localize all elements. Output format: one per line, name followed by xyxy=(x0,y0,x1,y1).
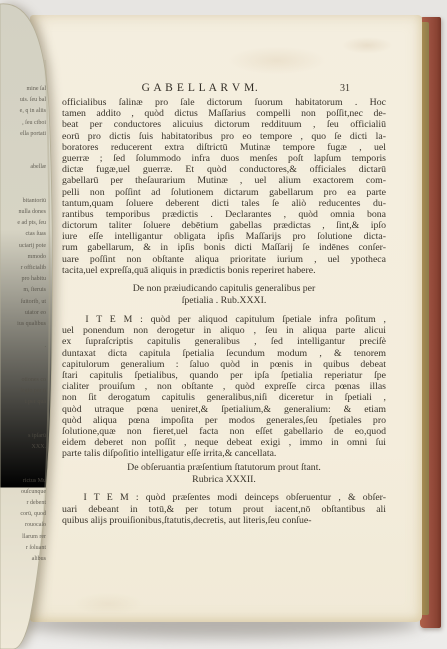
text-line: e, q in aliis xyxy=(0,106,46,117)
text-line: uiator eo xyxy=(0,308,46,319)
text-line: s ipſarū xyxy=(0,431,46,442)
text-line: ius qualibus xyxy=(0,319,46,330)
text-line xyxy=(0,140,46,151)
text-line: r debent xyxy=(0,498,46,509)
text-line: quòd aliqua pœna impoſita per modos gene… xyxy=(62,415,386,426)
text-line xyxy=(0,330,46,341)
text-line: llarum rer xyxy=(0,532,46,543)
text-line: ctas ſuas xyxy=(0,229,46,240)
text-line: ſolutione,quæ non fieret,uel facta non e… xyxy=(62,426,386,437)
text-line: r officialib xyxy=(0,263,46,274)
text-line xyxy=(0,464,46,475)
text-line: pelli non poſſint ad ſolutionem dictarum… xyxy=(62,187,386,198)
text-line xyxy=(0,408,46,419)
text-block: officialibus ſalinæ pro ſale dictorum ſu… xyxy=(62,97,386,526)
text-line: boratores reducerent extra diſtrictū Mut… xyxy=(62,142,386,153)
running-title: G A B E L L A R V M. xyxy=(142,82,259,94)
text-line: uciarij pote xyxy=(0,241,46,252)
text-line: mmodo xyxy=(0,252,46,263)
paragraph-item-rubric-32: I T E M : quòd præſentes modi deinceps o… xyxy=(62,492,386,526)
text-line: corū, quod xyxy=(0,509,46,520)
text-line: non ſit derogatum capitulis generalibus,… xyxy=(62,392,386,403)
text-line: De non præiudicando capitulis generalibu… xyxy=(62,283,386,295)
text-line xyxy=(0,151,46,162)
text-line xyxy=(0,185,46,196)
text-line xyxy=(0,353,46,364)
text-line: dictorum taliter ſoluere debētium gabell… xyxy=(62,220,386,231)
text-line: uis. ſeu bal xyxy=(0,95,46,106)
text-line: abellæ xyxy=(0,162,46,173)
text-line xyxy=(0,453,46,464)
text-line: tacita,uel expreſſa,quā aliquis in prædi… xyxy=(62,265,386,276)
text-line: capitulorum generalium : ſaluo quòd in p… xyxy=(62,359,386,370)
text-line: otiones co xyxy=(0,375,46,386)
page-header: G A B E L L A R V M. 31 xyxy=(62,82,386,95)
text-line: eidem deberet non poſſit , neque debeat … xyxy=(62,437,386,448)
paragraph-item-rubric-31: I T E M : quòd per aliquod capitulum ſpe… xyxy=(62,314,386,459)
text-line: uari debeant in totū,& per totum prout i… xyxy=(62,504,386,515)
text-line: ſuitorib, ut xyxy=(0,297,46,308)
text-line: t per quā xyxy=(0,397,46,408)
text-line: guerræ ; ſed ſolummodo infra duos menſes… xyxy=(62,153,386,164)
photo-background: G A B E L L A R V M. 31 officialibus ſal… xyxy=(0,0,447,649)
text-line: beat per conductores alicuius dictorum r… xyxy=(62,119,386,130)
text-line: XXX. xyxy=(0,442,46,453)
text-line: rum gabellarum, & in ipſis bonis dicti M… xyxy=(62,242,386,253)
text-line: tantum,quam ſoluere deberent dicti tales… xyxy=(62,198,386,209)
text-line: , ſeu ciboi xyxy=(0,118,46,129)
text-line: m, ſteruis xyxy=(0,285,46,296)
text-line: tamen addito , quòd dictus Maſſarius com… xyxy=(62,108,386,119)
text-line: nulla dones xyxy=(0,207,46,218)
text-line: rictus Mu xyxy=(0,476,46,487)
page-number: 31 xyxy=(340,83,350,94)
text-line: rouocaſo xyxy=(0,520,46,531)
text-line: e ad pts, ſeu xyxy=(0,218,46,229)
text-line: bitantoriū xyxy=(0,196,46,207)
text-line: duntaxat dicta capitula ſpetialia ſecund… xyxy=(62,348,386,359)
text-line: rantibus temporibus prædictis . Declaran… xyxy=(62,209,386,220)
text-line: ex ſupraſcriptis capitulis generalibus ,… xyxy=(62,336,386,347)
text-line: cialiter prouiſum , non obſtante , quòd … xyxy=(62,381,386,392)
text-line: quibus alijs prouiſionibus,ſtatutis,decr… xyxy=(62,515,386,526)
text-line: dictæ fugæ,uel guerræ. Et quòd conductor… xyxy=(62,164,386,175)
printed-area: G A B E L L A R V M. 31 officialibus ſal… xyxy=(62,82,386,526)
text-line: Rubrica XXXII. xyxy=(62,474,386,486)
text-line: ſpetialia . Rub.XXXI. xyxy=(62,295,386,307)
text-line xyxy=(0,364,46,375)
text-line: alibus xyxy=(0,554,46,565)
text-line xyxy=(0,420,46,431)
text-line: pro habitu xyxy=(0,274,46,285)
text-line: De obſeruantia præſentium ſtatutorum pro… xyxy=(62,462,386,474)
previous-page-text-fragments: mine ſaluis. ſeu bale, q in aliis, ſeu c… xyxy=(0,84,46,565)
text-line: uare poſſint non obſtante aliqua priorit… xyxy=(62,254,386,265)
text-line: I T E M : quòd præſentes modi deinceps o… xyxy=(62,492,386,503)
text-line: ſtari capitulis ſpetialibus, quando per … xyxy=(62,370,386,381)
text-line: gabellarū per theſaurarium Mutinæ , uel … xyxy=(62,175,386,186)
text-line: ouſcunque xyxy=(0,487,46,498)
text-line: . xyxy=(0,341,46,352)
text-line: mine ſal xyxy=(0,84,46,95)
previous-page-edge: mine ſaluis. ſeu bale, q in aliis, ſeu c… xyxy=(0,0,60,649)
text-line: r ſoluant xyxy=(0,543,46,554)
book-page: G A B E L L A R V M. 31 officialibus ſal… xyxy=(30,15,422,622)
section-heading-rubric-32: De obſeruantia præſentium ſtatutorum pro… xyxy=(62,462,386,486)
text-line: uel ponendum non derogetur in aliquo , ſ… xyxy=(62,325,386,336)
text-line: quòd utraque pœna ueniret,& ſpetialium,&… xyxy=(62,404,386,415)
text-line xyxy=(0,174,46,185)
text-line: ella portati xyxy=(0,129,46,140)
text-line: parte talis diſpoſitio intelligatur eſſe… xyxy=(62,448,386,459)
paragraph-gabella-officials: officialibus ſalinæ pro ſale dictorum ſu… xyxy=(62,97,386,276)
text-line: I T E M : quòd per aliquod capitulum ſpe… xyxy=(62,314,386,325)
text-line: eorū pro dictis ſuis habitatoribus pro e… xyxy=(62,131,386,142)
text-line: officialibus ſalinæ pro ſale dictorum ſu… xyxy=(62,97,386,108)
section-heading-rubric-31: De non præiudicando capitulis generalibu… xyxy=(62,283,386,307)
text-line: iure eſſe intelligantur obligata ipſis M… xyxy=(62,231,386,242)
text-line: legio per ū xyxy=(0,386,46,397)
